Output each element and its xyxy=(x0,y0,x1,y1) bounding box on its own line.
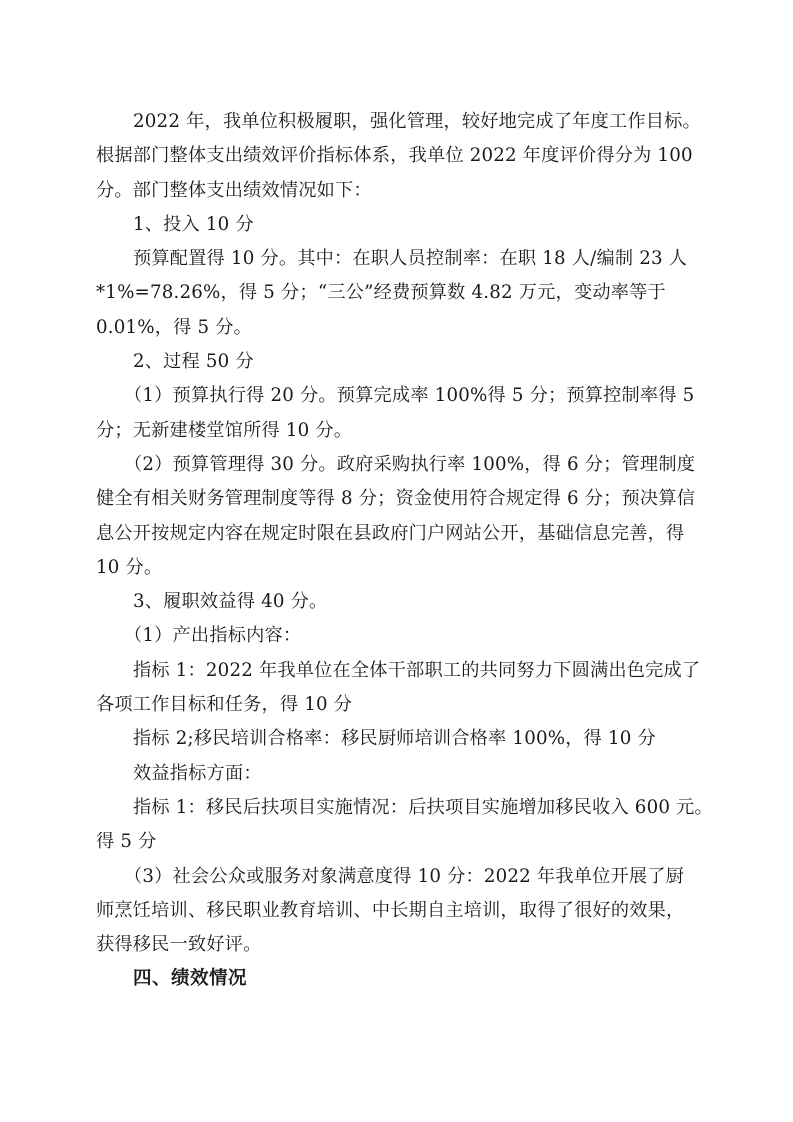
text-line: （3）社会公众或服务对象满意度得 10 分：2022 年我单位开展了厨 xyxy=(96,860,701,894)
text-line: （1）产出指标内容： xyxy=(96,619,701,653)
text-line: 指标 1：移民后扶项目实施情况：后扶项目实施增加移民收入 600 元。 xyxy=(96,791,701,825)
text-line: 得 5 分 xyxy=(96,825,701,859)
benefit-indicator-1: 指标 1：移民后扶项目实施情况：后扶项目实施增加移民收入 600 元。 得 5 … xyxy=(96,791,701,860)
text-line: 息公开按规定内容在规定时限在县政府门户网站公开，基础信息完善，得 xyxy=(96,517,701,551)
text-line: 10 分。 xyxy=(96,551,701,585)
section-1-body: 预算配置得 10 分。其中：在职人员控制率：在职 18 人/编制 23 人 *1… xyxy=(96,242,701,345)
text-line: 师烹饪培训、移民职业教育培训、中长期自主培训，取得了很好的效果， xyxy=(96,894,701,928)
section-3-item-3: （3）社会公众或服务对象满意度得 10 分：2022 年我单位开展了厨 师烹饪培… xyxy=(96,860,701,963)
text-line: （2）预算管理得 30 分。政府采购执行率 100%，得 6 分；管理制度 xyxy=(96,448,701,482)
text-line: 分。部门整体支出绩效情况如下： xyxy=(96,174,701,208)
text-line: 效益指标方面： xyxy=(96,757,701,791)
text-line: 根据部门整体支出绩效评价指标体系，我单位 2022 年度评价得分为 100 xyxy=(96,139,701,173)
text-line: （1）预算执行得 20 分。预算完成率 100%得 5 分；预算控制率得 5 xyxy=(96,379,701,413)
text-line: 各项工作目标和任务，得 10 分 xyxy=(96,688,701,722)
intro-paragraph: 2022 年，我单位积极履职，强化管理，较好地完成了年度工作目标。 根据部门整体… xyxy=(96,105,701,208)
text-line: 分；无新建楼堂馆所得 10 分。 xyxy=(96,414,701,448)
section-2-title: 2、过程 50 分 xyxy=(96,345,701,379)
text-line: *1%=78.26%，得 5 分；“三公”经费预算数 4.82 万元，变动率等于 xyxy=(96,276,701,310)
text-line: 3、履职效益得 40 分。 xyxy=(96,585,701,619)
text-line: 健全有相关财务管理制度等得 8 分；资金使用符合规定得 6 分；预决算信 xyxy=(96,482,701,516)
section-2-item-2: （2）预算管理得 30 分。政府采购执行率 100%，得 6 分；管理制度 健全… xyxy=(96,448,701,585)
section-2-item-1: （1）预算执行得 20 分。预算完成率 100%得 5 分；预算控制率得 5 分… xyxy=(96,379,701,448)
text-line: 获得移民一致好评。 xyxy=(96,928,701,962)
output-indicator-2: 指标 2;移民培训合格率：移民厨师培训合格率 100%，得 10 分 xyxy=(96,722,701,756)
section-3-item-1: （1）产出指标内容： xyxy=(96,619,701,653)
text-line: 0.01%，得 5 分。 xyxy=(96,311,701,345)
output-indicator-1: 指标 1：2022 年我单位在全体干部职工的共同努力下圆满出色完成了 各项工作目… xyxy=(96,654,701,723)
section-1-title: 1、投入 10 分 xyxy=(96,208,701,242)
benefit-indicators-title: 效益指标方面： xyxy=(96,757,701,791)
text-line: 1、投入 10 分 xyxy=(96,208,701,242)
section-heading-performance: 四、绩效情况 xyxy=(96,962,701,996)
section-3-title: 3、履职效益得 40 分。 xyxy=(96,585,701,619)
text-line: 指标 2;移民培训合格率：移民厨师培训合格率 100%，得 10 分 xyxy=(96,722,701,756)
text-line: 2、过程 50 分 xyxy=(96,345,701,379)
text-line: 指标 1：2022 年我单位在全体干部职工的共同努力下圆满出色完成了 xyxy=(96,654,701,688)
text-line: 2022 年，我单位积极履职，强化管理，较好地完成了年度工作目标。 xyxy=(96,105,701,139)
document-page: 2022 年，我单位积极履职，强化管理，较好地完成了年度工作目标。 根据部门整体… xyxy=(96,105,701,997)
text-line: 预算配置得 10 分。其中：在职人员控制率：在职 18 人/编制 23 人 xyxy=(96,242,701,276)
